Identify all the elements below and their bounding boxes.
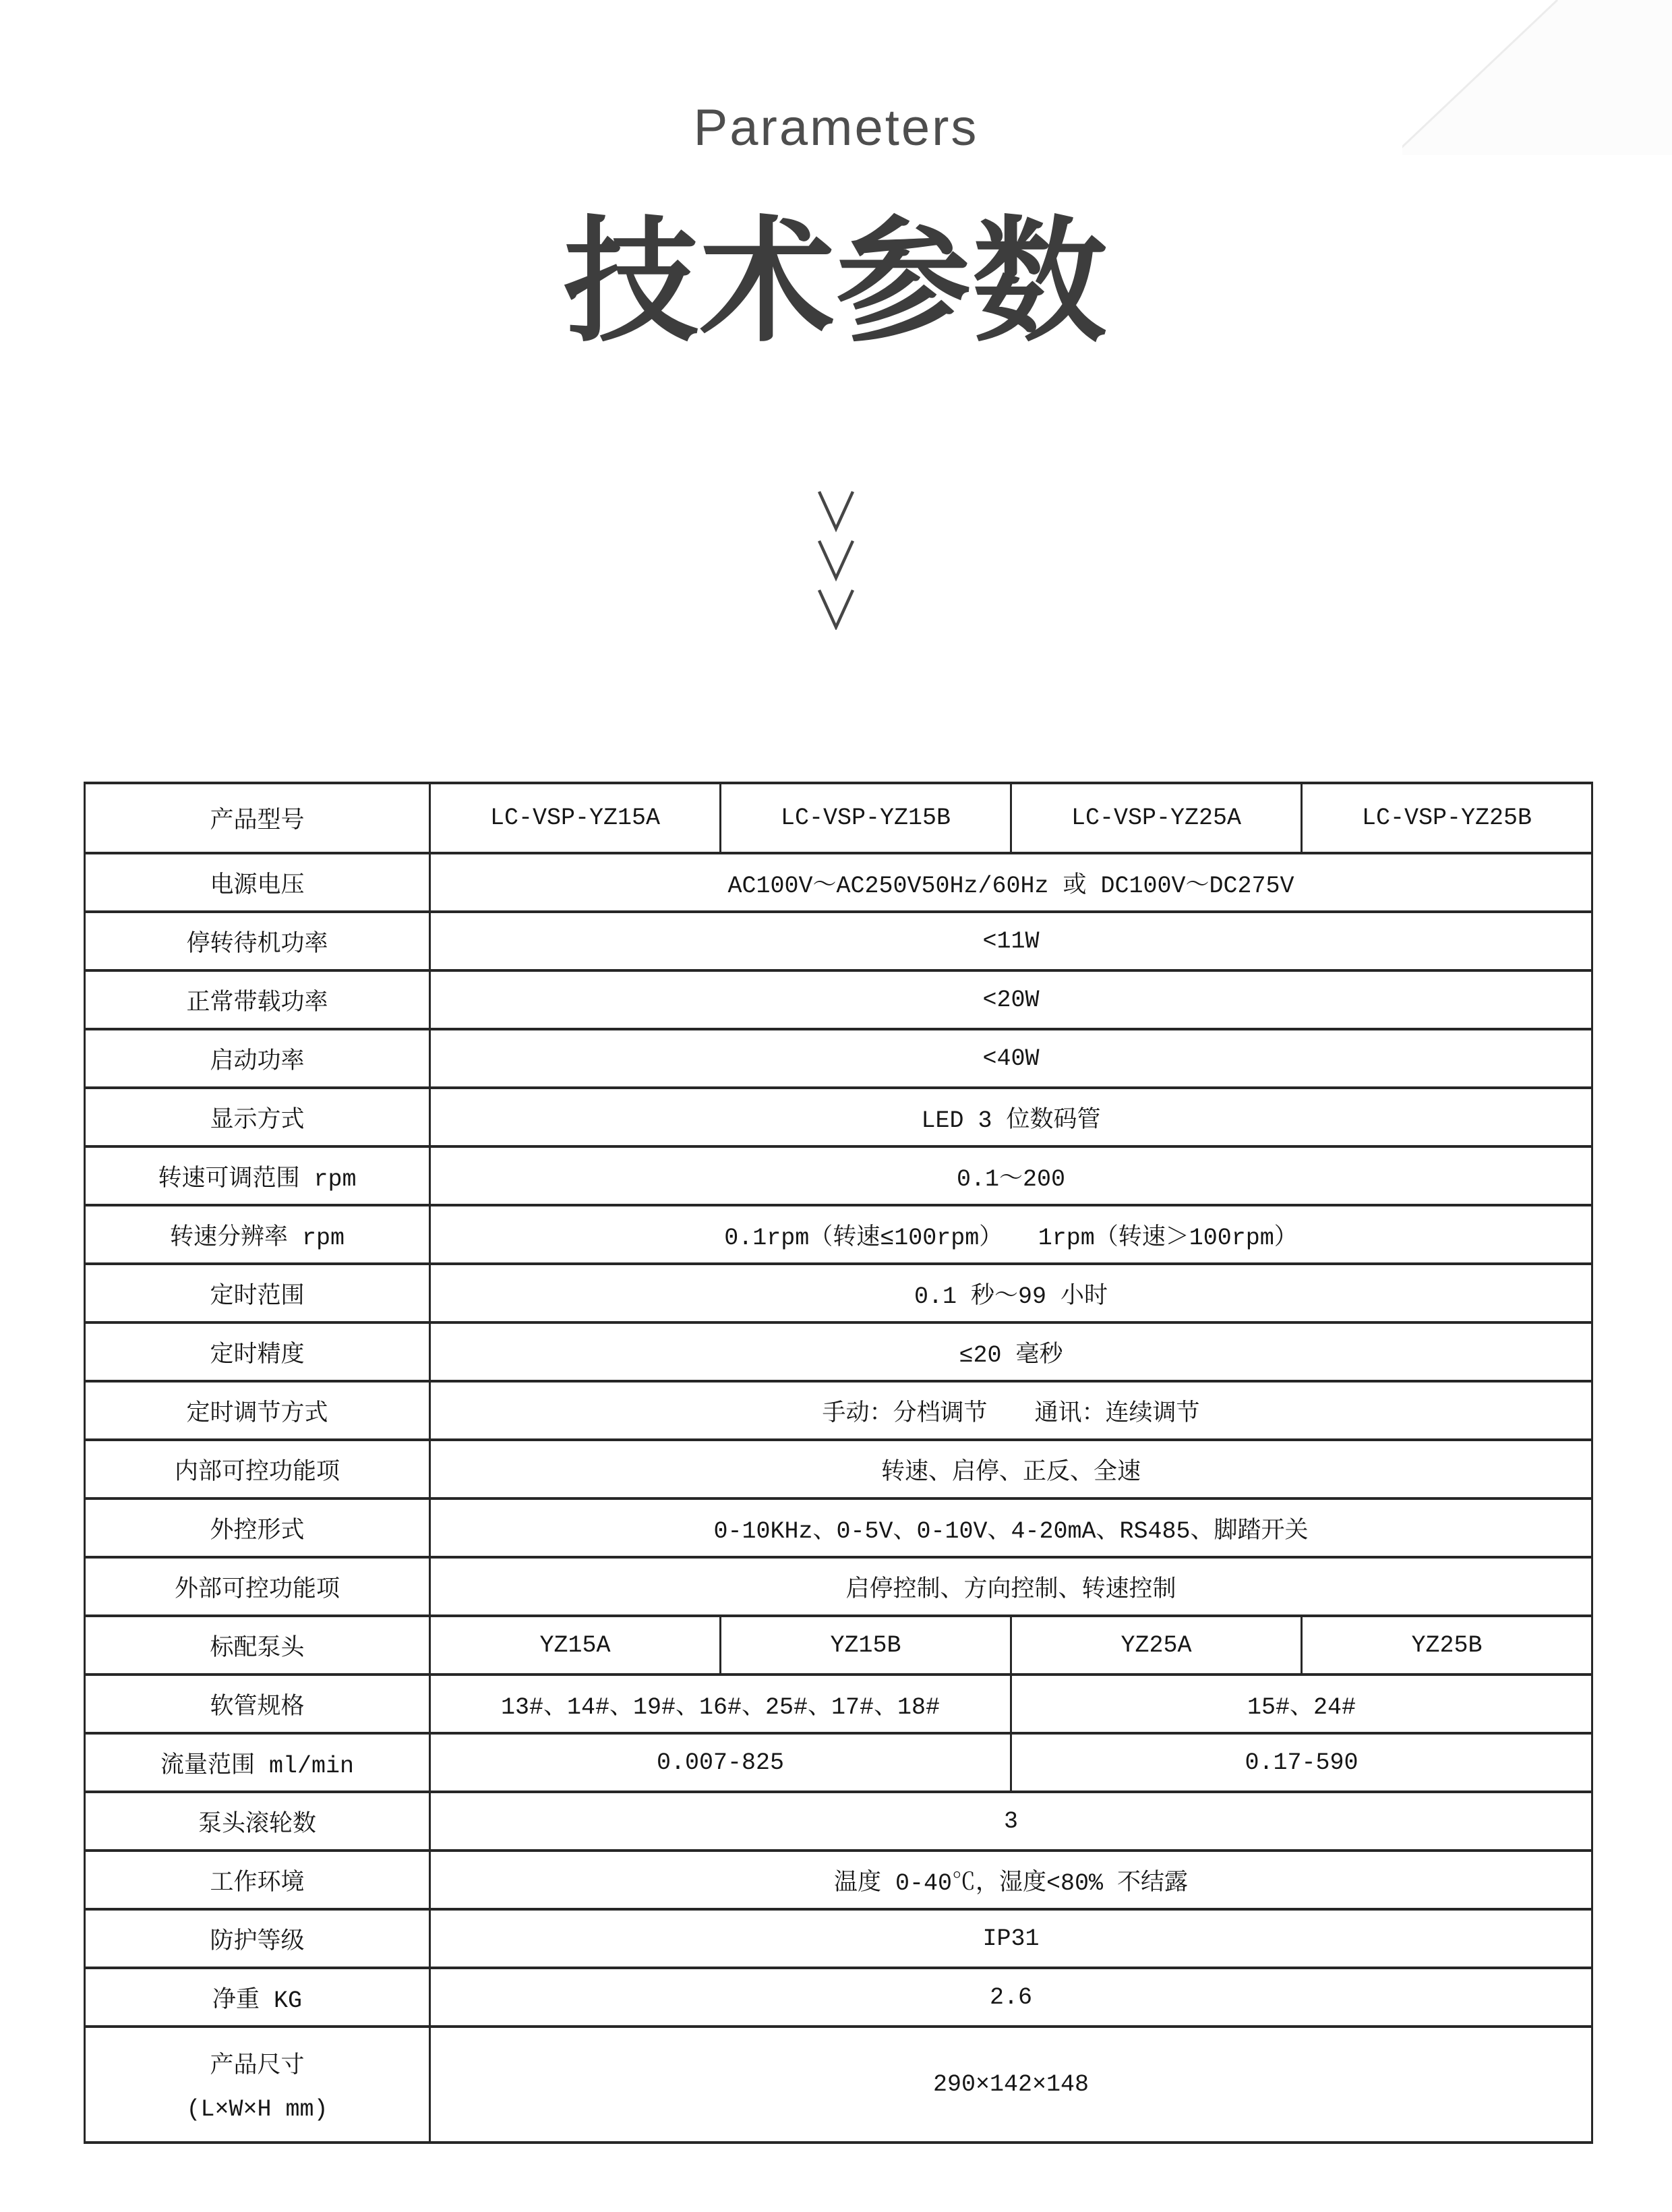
page-title: 技术参数 — [0, 212, 1672, 353]
spec-value: 15#、24# — [1011, 1675, 1592, 1733]
spec-value: YZ15A — [430, 1616, 721, 1675]
spec-value: IP31 — [430, 1909, 1592, 1968]
spec-value: LC-VSP-YZ25A — [1011, 783, 1302, 853]
spec-value: LC-VSP-YZ15B — [721, 783, 1011, 853]
spec-row-power-voltage: 电源电压 AC100V～AC250V50Hz/60Hz 或 DC100V～DC2… — [85, 853, 1592, 912]
spec-value: 转速、启停、正反、全速 — [430, 1440, 1592, 1498]
spec-value: 0.1rpm（转速≤100rpm） 1rpm（转速＞100rpm） — [430, 1205, 1592, 1264]
spec-value: YZ25A — [1011, 1616, 1302, 1675]
spec-row-product-model: 产品型号 LC-VSP-YZ15A LC-VSP-YZ15B LC-VSP-YZ… — [85, 783, 1592, 853]
chevron-down-icon — [819, 541, 853, 578]
spec-value: 3 — [430, 1792, 1592, 1851]
spec-value: 290×142×148 — [430, 2027, 1592, 2143]
spec-row-net-weight: 净重 KG 2.6 — [85, 1968, 1592, 2027]
spec-label: 定时范围 — [85, 1264, 430, 1322]
spec-row-speed-range: 转速可调范围 rpm 0.1～200 — [85, 1146, 1592, 1205]
spec-label: 外部可控功能项 — [85, 1557, 430, 1616]
spec-label: 启动功率 — [85, 1029, 430, 1088]
spec-row-tubing-sizes: 软管规格 13#、14#、19#、16#、25#、17#、18# 15#、24# — [85, 1675, 1592, 1733]
spec-value: <40W — [430, 1029, 1592, 1088]
spec-label: 电源电压 — [85, 853, 430, 912]
spec-value: LED 3 位数码管 — [430, 1088, 1592, 1146]
spec-label: 标配泵头 — [85, 1616, 430, 1675]
spec-label: 净重 KG — [85, 1968, 430, 2027]
spec-value: <11W — [430, 912, 1592, 970]
spec-row-operating-environment: 工作环境 温度 0-40℃，湿度<80% 不结露 — [85, 1851, 1592, 1909]
spec-row-external-controls: 外部可控功能项 启停控制、方向控制、转速控制 — [85, 1557, 1592, 1616]
spec-label: 工作环境 — [85, 1851, 430, 1909]
spec-value: ≤20 毫秒 — [430, 1322, 1592, 1381]
spec-row-flow-range: 流量范围 ml/min 0.007-825 0.17-590 — [85, 1733, 1592, 1792]
spec-value: AC100V～AC250V50Hz/60Hz 或 DC100V～DC275V — [430, 853, 1592, 912]
spec-row-dimensions: 产品尺寸 (L×W×H mm) 290×142×148 — [85, 2027, 1592, 2143]
spec-label: 停转待机功率 — [85, 912, 430, 970]
spec-label: 产品型号 — [85, 783, 430, 853]
spec-row-timing-accuracy: 定时精度 ≤20 毫秒 — [85, 1322, 1592, 1381]
spec-label: 外控形式 — [85, 1498, 430, 1557]
spec-value: 0-10KHz、0-5V、0-10V、4-20mA、RS485、脚踏开关 — [430, 1498, 1592, 1557]
spec-value: 0.17-590 — [1011, 1733, 1592, 1792]
spec-value: LC-VSP-YZ15A — [430, 783, 721, 853]
spec-value: 2.6 — [430, 1968, 1592, 2027]
spec-label: 流量范围 ml/min — [85, 1733, 430, 1792]
spec-label: 防护等级 — [85, 1909, 430, 1968]
spec-label: 定时调节方式 — [85, 1381, 430, 1440]
spec-label: 软管规格 — [85, 1675, 430, 1733]
spec-value: 手动：分档调节 通讯：连续调节 — [430, 1381, 1592, 1440]
spec-row-protection-rating: 防护等级 IP31 — [85, 1909, 1592, 1968]
spec-row-display-type: 显示方式 LED 3 位数码管 — [85, 1088, 1592, 1146]
spec-row-normal-load-power: 正常带载功率 <20W — [85, 970, 1592, 1029]
spec-value: 0.1～200 — [430, 1146, 1592, 1205]
spec-value: YZ25B — [1302, 1616, 1592, 1675]
spec-value: LC-VSP-YZ25B — [1302, 783, 1592, 853]
page-root: { "header": { "eyebrow": "Parameters", "… — [0, 0, 1672, 2212]
spec-label: 显示方式 — [85, 1088, 430, 1146]
spec-label-line2: (L×W×H mm) — [91, 2096, 423, 2123]
spec-row-timing-range: 定时范围 0.1 秒～99 小时 — [85, 1264, 1592, 1322]
spec-row-external-control-forms: 外控形式 0-10KHz、0-5V、0-10V、4-20mA、RS485、脚踏开… — [85, 1498, 1592, 1557]
spec-label: 泵头滚轮数 — [85, 1792, 430, 1851]
spec-label: 转速分辨率 rpm — [85, 1205, 430, 1264]
spec-row-timing-adjust-mode: 定时调节方式 手动：分档调节 通讯：连续调节 — [85, 1381, 1592, 1440]
specs-table: 产品型号 LC-VSP-YZ15A LC-VSP-YZ15B LC-VSP-YZ… — [84, 782, 1593, 2144]
spec-row-pump-head: 标配泵头 YZ15A YZ15B YZ25A YZ25B — [85, 1616, 1592, 1675]
spec-label-line1: 产品尺寸 — [91, 2046, 423, 2080]
spec-row-standby-power: 停转待机功率 <11W — [85, 912, 1592, 970]
spec-row-startup-power: 启动功率 <40W — [85, 1029, 1592, 1088]
spec-label: 正常带载功率 — [85, 970, 430, 1029]
spec-value: 温度 0-40℃，湿度<80% 不结露 — [430, 1851, 1592, 1909]
chevron-down-icon — [819, 492, 853, 529]
spec-label: 产品尺寸 (L×W×H mm) — [85, 2027, 430, 2143]
spec-row-internal-controls: 内部可控功能项 转速、启停、正反、全速 — [85, 1440, 1592, 1498]
spec-value: YZ15B — [721, 1616, 1011, 1675]
spec-row-speed-resolution: 转速分辨率 rpm 0.1rpm（转速≤100rpm） 1rpm（转速＞100r… — [85, 1205, 1592, 1264]
corner-accent-line — [1402, 0, 1672, 155]
spec-value: <20W — [430, 970, 1592, 1029]
chevron-down-icon — [819, 590, 853, 627]
scroll-down-indicator — [0, 488, 1672, 630]
spec-label: 定时精度 — [85, 1322, 430, 1381]
spec-row-roller-count: 泵头滚轮数 3 — [85, 1792, 1592, 1851]
spec-label: 转速可调范围 rpm — [85, 1146, 430, 1205]
spec-value: 0.007-825 — [430, 1733, 1011, 1792]
spec-value: 启停控制、方向控制、转速控制 — [430, 1557, 1592, 1616]
spec-value: 0.1 秒～99 小时 — [430, 1264, 1592, 1322]
spec-value: 13#、14#、19#、16#、25#、17#、18# — [430, 1675, 1011, 1733]
spec-label: 内部可控功能项 — [85, 1440, 430, 1498]
